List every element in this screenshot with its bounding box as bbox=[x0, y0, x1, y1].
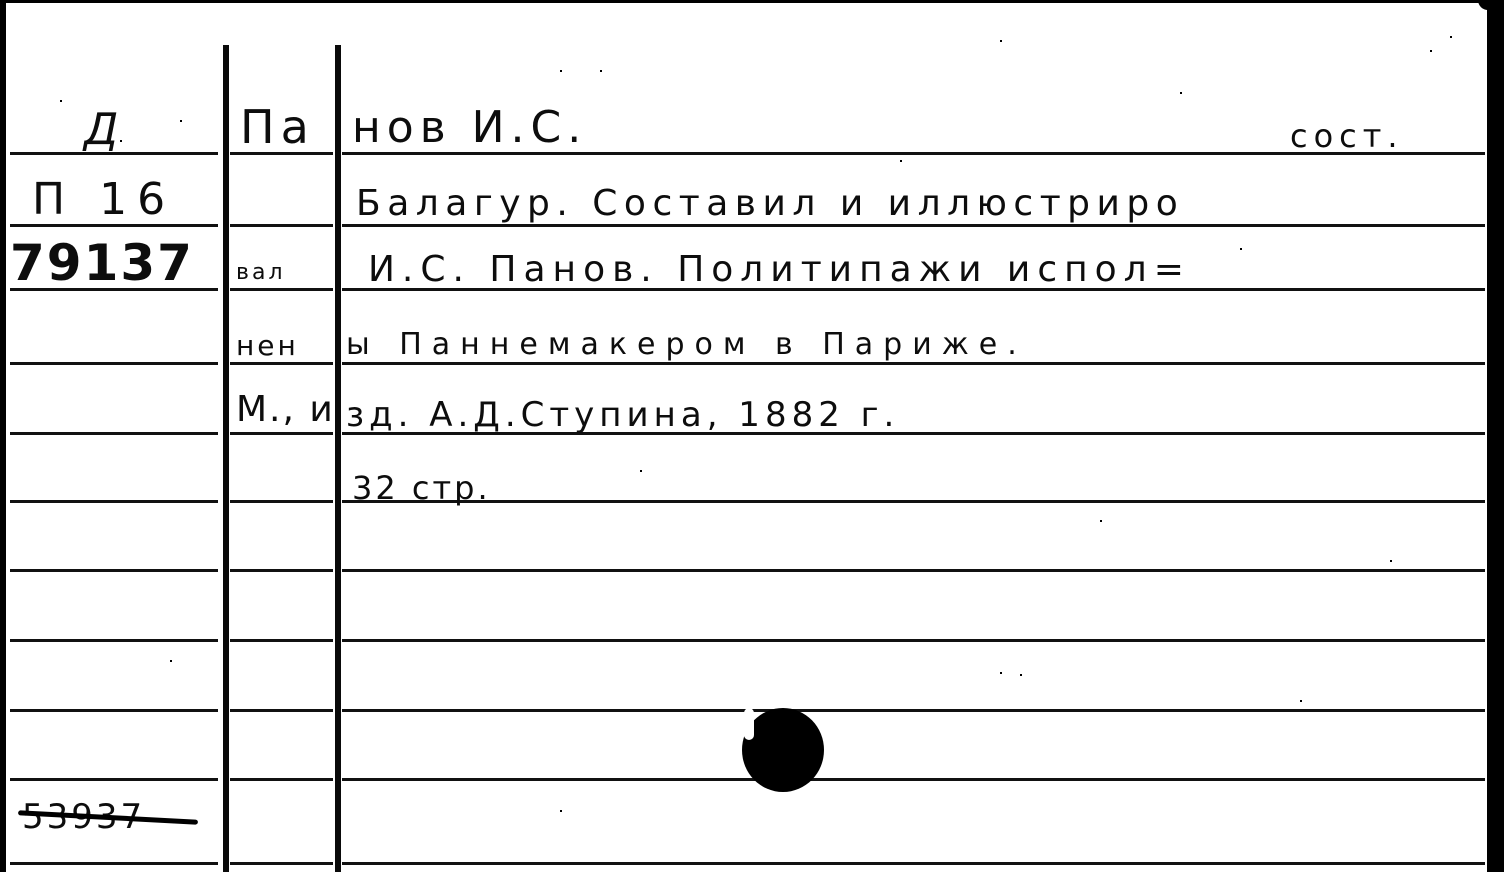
ruled-line bbox=[10, 639, 218, 642]
title-line: Балагур. Составил и иллюстриро bbox=[356, 186, 1184, 222]
ruled-line bbox=[342, 224, 1485, 227]
ruled-line bbox=[342, 362, 1485, 365]
middle-column-line-4: нен bbox=[236, 332, 299, 360]
ruled-line bbox=[10, 862, 218, 865]
call-number-line-3: 79137 bbox=[10, 238, 194, 288]
card-corner bbox=[1478, 0, 1490, 10]
call-number-line-2: П 16 bbox=[32, 178, 175, 222]
catalog-card: Д П 16 79137 53937 Па вал нен М., и нов … bbox=[0, 0, 1504, 872]
punched-hole-tear bbox=[744, 708, 754, 740]
middle-column-line-5: М., и bbox=[236, 392, 335, 428]
punched-hole bbox=[742, 708, 824, 792]
ruled-line bbox=[230, 432, 333, 435]
speck bbox=[120, 140, 122, 142]
speck bbox=[1430, 50, 1432, 52]
speck bbox=[1180, 92, 1182, 94]
speck bbox=[1240, 248, 1242, 250]
ruled-line bbox=[342, 569, 1485, 572]
speck bbox=[560, 70, 562, 72]
ruled-line bbox=[230, 500, 333, 503]
ruled-line bbox=[230, 862, 333, 865]
middle-column-line-3: вал bbox=[236, 262, 286, 284]
ruled-line bbox=[230, 288, 333, 291]
speck bbox=[600, 70, 602, 72]
speck bbox=[1000, 40, 1002, 42]
ruled-line bbox=[10, 362, 218, 365]
speck bbox=[1000, 672, 1002, 674]
speck bbox=[1020, 674, 1022, 676]
speck bbox=[60, 100, 62, 102]
ruled-line bbox=[342, 639, 1485, 642]
ruled-line bbox=[342, 862, 1485, 865]
speck bbox=[1300, 700, 1302, 702]
ruled-line bbox=[342, 709, 1485, 712]
speck bbox=[560, 810, 562, 812]
speck bbox=[900, 160, 902, 162]
speck bbox=[170, 660, 172, 662]
scan-border-top bbox=[0, 0, 1504, 3]
ruled-line bbox=[230, 709, 333, 712]
ruled-line bbox=[10, 778, 218, 781]
speck bbox=[640, 470, 642, 472]
scan-border-right bbox=[1487, 0, 1504, 872]
middle-column-line-1: Па bbox=[240, 104, 315, 150]
ruled-line bbox=[230, 224, 333, 227]
ruled-line bbox=[342, 500, 1485, 503]
ruled-line bbox=[230, 362, 333, 365]
speck bbox=[180, 120, 182, 122]
ruled-line bbox=[230, 778, 333, 781]
call-number-line-1: Д bbox=[84, 108, 122, 152]
ruled-line bbox=[230, 639, 333, 642]
ruled-line bbox=[342, 778, 1485, 781]
speck bbox=[1390, 560, 1392, 562]
ruled-line bbox=[10, 500, 218, 503]
pagination-line: 32 стр. bbox=[352, 472, 491, 504]
scan-border-left bbox=[0, 0, 6, 872]
ruled-line bbox=[10, 569, 218, 572]
speck bbox=[1100, 520, 1102, 522]
column-rule-right bbox=[335, 45, 341, 872]
engraver-line: ы Паннемакером в Париже. bbox=[346, 330, 1027, 360]
speck bbox=[1450, 36, 1452, 38]
ruled-line bbox=[10, 709, 218, 712]
ruled-line bbox=[230, 569, 333, 572]
column-rule-left bbox=[223, 45, 229, 872]
illustration-line: И.С. Панов. Политипажи испол= bbox=[368, 252, 1191, 288]
ruled-line bbox=[10, 432, 218, 435]
imprint-line: зд. А.Д.Ступина, 1882 г. bbox=[346, 398, 899, 432]
role-note: сост. bbox=[1290, 120, 1404, 152]
author-name: нов И.С. bbox=[352, 106, 587, 150]
